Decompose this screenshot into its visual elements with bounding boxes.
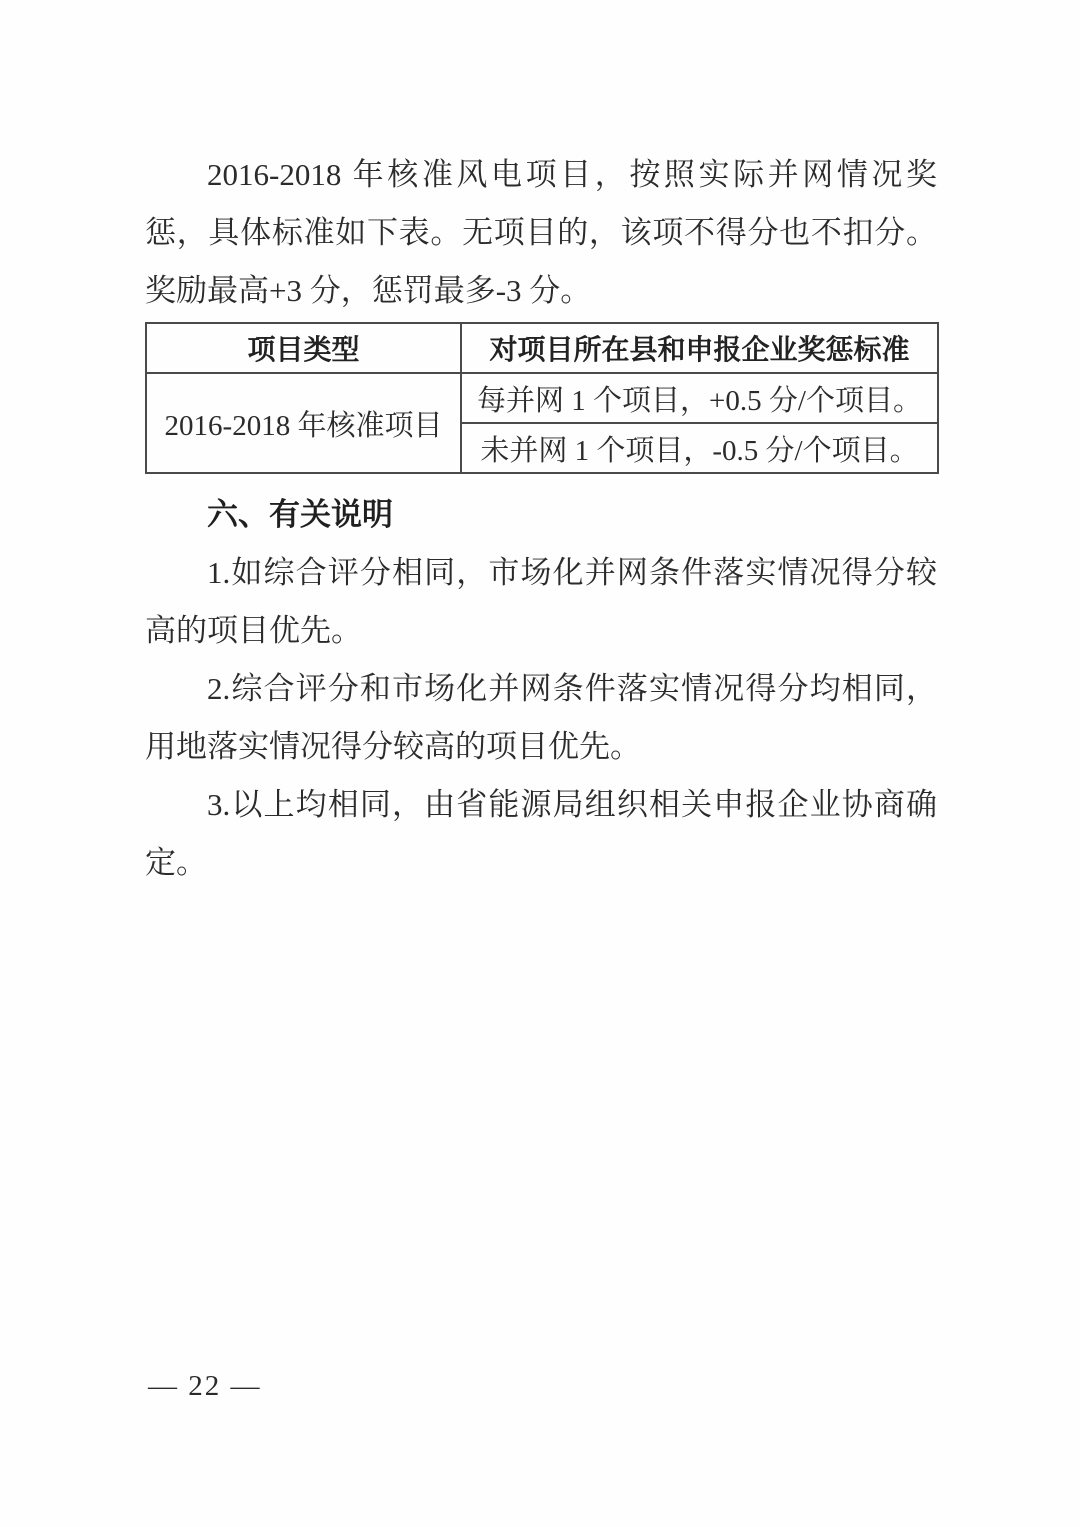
header-project-type: 项目类型	[146, 323, 461, 373]
note-item-3: 3.以上均相同，由省能源局组织相关申报企业协商确定。	[145, 776, 937, 892]
section-heading: 六、有关说明	[145, 486, 937, 544]
table-row: 2016-2018 年核准项目 每并网 1 个项目，+0.5 分/个项目。	[146, 373, 938, 423]
intro-paragraph: 2016-2018 年核准风电项目，按照实际并网情况奖惩，具体标准如下表。无项目…	[145, 146, 937, 320]
document-page: 2016-2018 年核准风电项目，按照实际并网情况奖惩，具体标准如下表。无项目…	[0, 0, 1080, 1527]
header-reward-standard: 对项目所在县和申报企业奖惩标准	[461, 323, 938, 373]
table-header-row: 项目类型 对项目所在县和申报企业奖惩标准	[146, 323, 938, 373]
cell-standard-not-connected: 未并网 1 个项目，-0.5 分/个项目。	[461, 423, 938, 473]
cell-standard-connected: 每并网 1 个项目，+0.5 分/个项目。	[461, 373, 938, 423]
cell-project-type: 2016-2018 年核准项目	[146, 373, 461, 473]
page-content: 2016-2018 年核准风电项目，按照实际并网情况奖惩，具体标准如下表。无项目…	[145, 146, 937, 892]
reward-penalty-table: 项目类型 对项目所在县和申报企业奖惩标准 2016-2018 年核准项目 每并网…	[145, 322, 939, 474]
note-item-1: 1.如综合评分相同，市场化并网条件落实情况得分较高的项目优先。	[145, 544, 937, 660]
note-item-2: 2.综合评分和市场化并网条件落实情况得分均相同，用地落实情况得分较高的项目优先。	[145, 660, 937, 776]
page-number: — 22 —	[148, 1370, 262, 1403]
